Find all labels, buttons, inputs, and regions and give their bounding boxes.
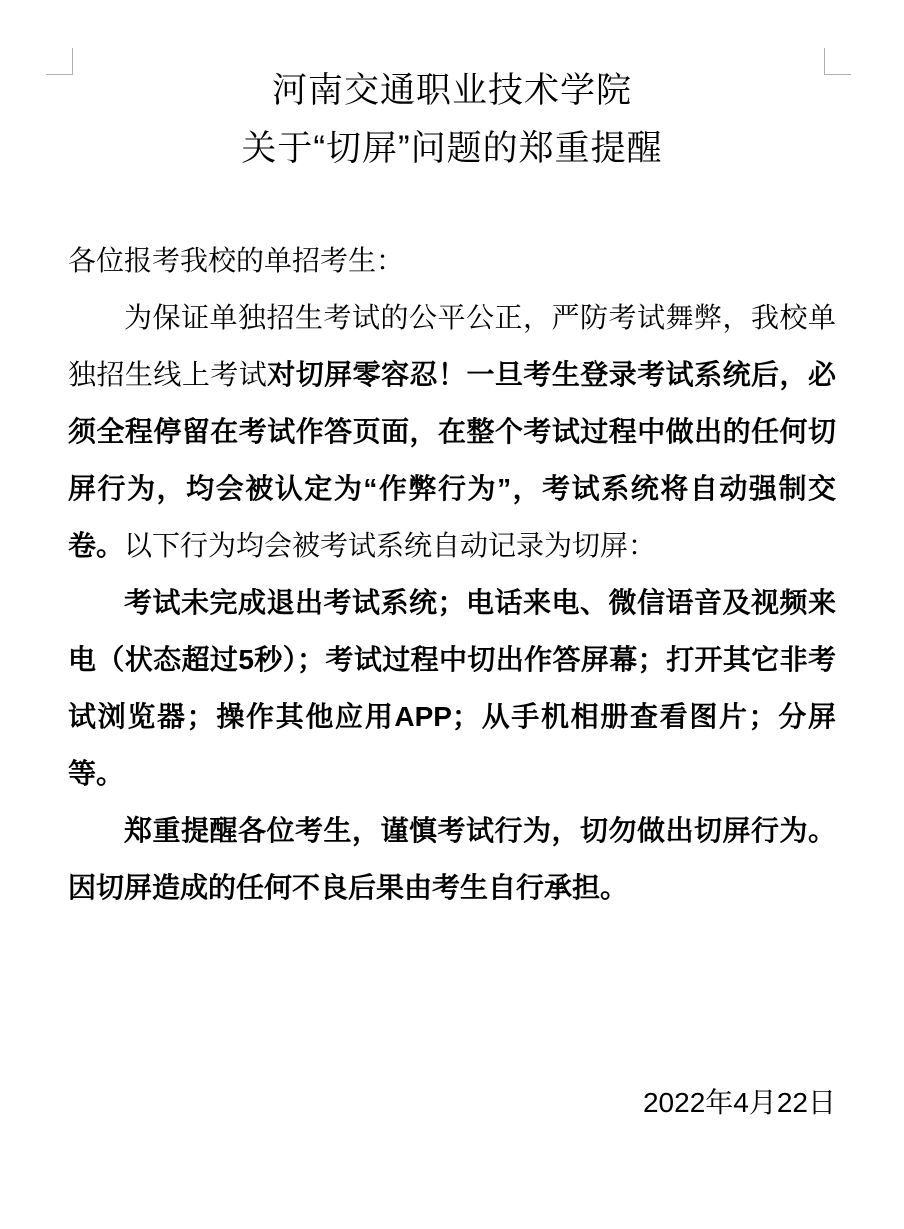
paragraph-behavior-list: 考试未完成退出考试系统；电话来电、微信语音及视频来电（状态超过5秒）；考试过程中… [68,574,836,802]
title-line-1: 河南交通职业技术学院 [0,62,904,120]
paragraph-final-warning: 郑重提醒各位考生，谨慎考试行为，切勿做出切屏行为。因切屏造成的任何不良后果由考生… [68,802,836,916]
paragraph-policy-regular-tail: 以下行为均会被考试系统自动记录为切屏： [124,530,656,561]
document-date: 2022年4月22日 [68,1074,836,1131]
text-boundary-mark-top-right [824,48,851,75]
title-line-2: 关于“切屏”问题的郑重提醒 [0,120,904,178]
text-boundary-mark-top-left [46,48,73,75]
document-title: 河南交通职业技术学院 关于“切屏”问题的郑重提醒 [0,0,904,178]
paragraph-policy: 为保证单独招生考试的公平公正，严防考试舞弊，我校单独招生线上考试对切屏零容忍！一… [68,289,836,574]
document-body: 各位报考我校的单招考生： 为保证单独招生考试的公平公正，严防考试舞弊，我校单独招… [68,232,836,1131]
document-page: 河南交通职业技术学院 关于“切屏”问题的郑重提醒 各位报考我校的单招考生： 为保… [0,0,904,1229]
salutation-line: 各位报考我校的单招考生： [68,232,836,289]
